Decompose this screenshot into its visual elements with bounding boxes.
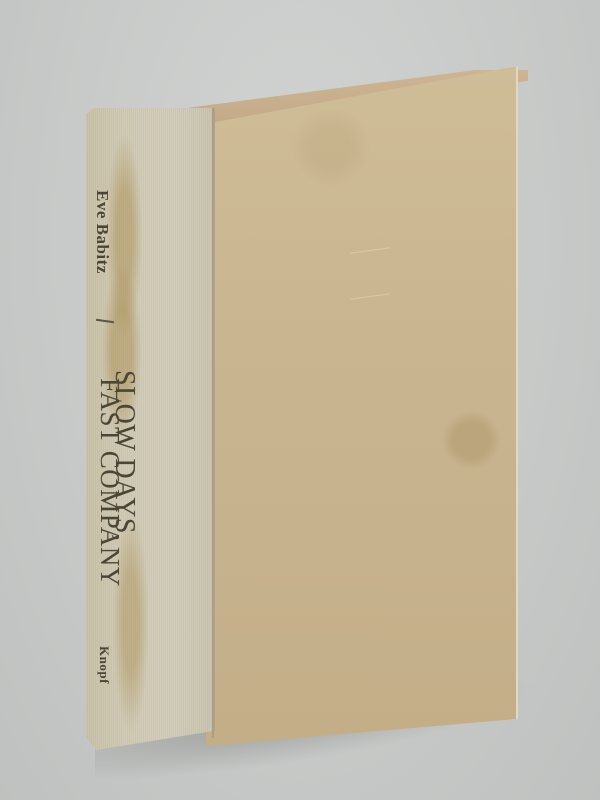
spine-publisher: Knopf	[96, 646, 112, 684]
book-photo: Eve Babitz SLOW DAYS, FAST COMPANY Knopf	[0, 0, 600, 800]
front-cover-board	[206, 66, 518, 746]
spine-author: Eve Babitz	[92, 190, 112, 274]
spine-hinge	[212, 108, 214, 738]
blind-stamp-mark	[350, 247, 390, 300]
